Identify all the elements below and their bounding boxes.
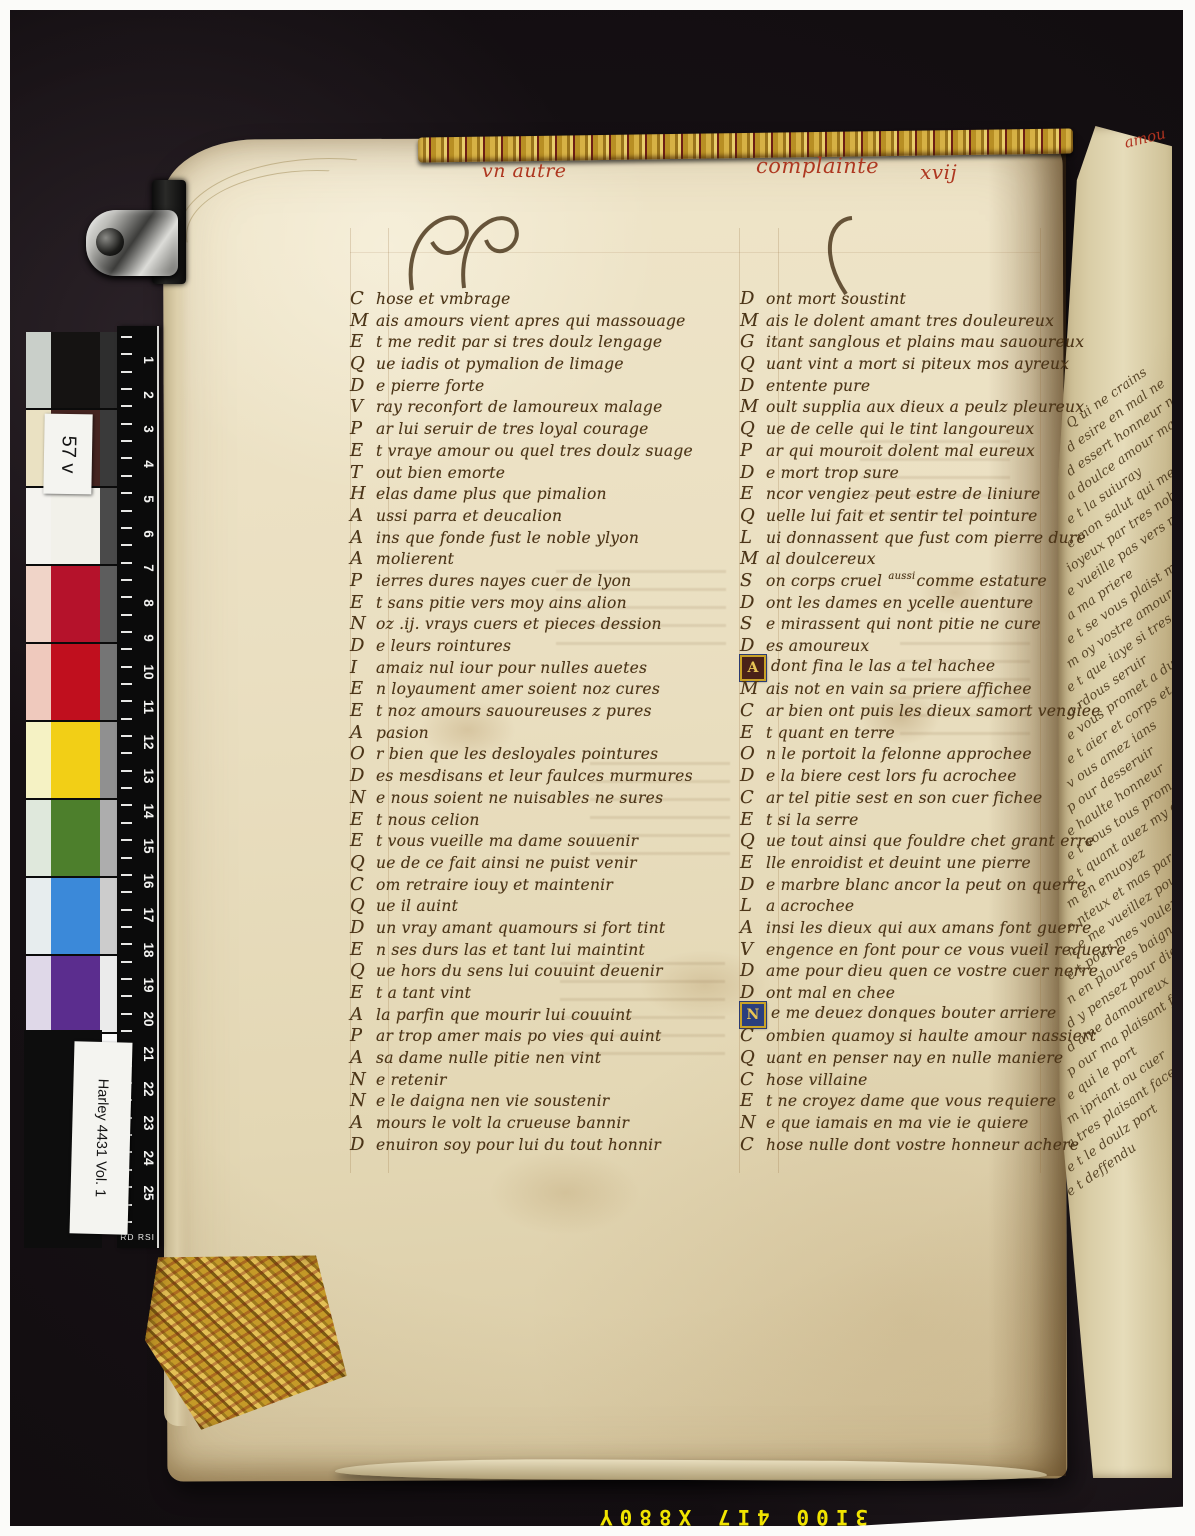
ruler-number: 10: [140, 664, 156, 680]
verse-initial: D: [740, 288, 766, 309]
verse-text: n loyaument amer soient noz cures: [376, 680, 660, 698]
verse-line: Chose et vmbrage: [350, 288, 748, 310]
text-column-right: Dont mort soustintMais le dolent amant t…: [740, 288, 1138, 1156]
ruler-tick: [121, 527, 132, 529]
verse-line: Que de ce fait ainsi ne puist venir: [350, 852, 748, 874]
verse-initial: A: [740, 917, 766, 938]
verse-text: out bien emorte: [376, 464, 505, 482]
verse-line: Mais not en vain sa priere affichee: [740, 678, 1138, 700]
ruler-number: 9: [140, 630, 156, 646]
verse-line: Des mesdisans et leur faulces murmures: [350, 765, 748, 787]
color-patch: [51, 722, 100, 800]
verse-initial: A: [350, 548, 376, 569]
verse-text: e nous soient ne nuisables ne sures: [376, 789, 663, 807]
photo-stage: Q ui ne crainsd esire en mal ned essert …: [0, 0, 1195, 1536]
verse-line: Dont mort soustint: [740, 288, 1138, 310]
verse-line: Tout bien emorte: [350, 462, 748, 484]
verse-initial: V: [350, 396, 376, 417]
color-patch: [26, 956, 51, 1034]
color-patch: [51, 956, 100, 1034]
ruler-tick: [121, 943, 132, 945]
verse-text: e mirassent qui nont pitie ne cure: [766, 615, 1041, 633]
running-title-center: complainte: [756, 154, 879, 178]
verse-line: On le portoit la felonne approchee: [740, 743, 1138, 765]
ruler-tick: [121, 666, 132, 668]
verse-initial: D: [740, 375, 766, 396]
ruler-number: 14: [140, 803, 156, 819]
verse-text: ncor vengiez peut estre de liniure: [766, 485, 1040, 503]
photo-border: [0, 0, 10, 1536]
verse-line: Par lui seruir de tres loyal courage: [350, 418, 748, 440]
verse-initial: Q: [740, 418, 766, 439]
ruler-tick: [121, 995, 132, 997]
ruler-tick: [121, 579, 132, 581]
ruler-tick: [121, 978, 132, 980]
verse-initial: E: [350, 331, 376, 352]
verse-text: sa dame nulle pitie nen vint: [376, 1049, 601, 1067]
verse-initial: P: [350, 570, 376, 591]
verse-text: entente pure: [766, 377, 870, 395]
ruler-tick: [121, 336, 132, 338]
verse-line: Et me redit par si tres doulz lengage: [350, 331, 748, 353]
color-patch: [26, 644, 51, 722]
verse-initial: G: [740, 331, 766, 352]
verse-initial: A: [350, 1004, 376, 1025]
verse-text: ierres dures nayes cuer de lyon: [376, 572, 631, 590]
verse-text: uant en penser nay en nulle maniere: [766, 1049, 1063, 1067]
color-patch: [51, 566, 100, 644]
color-patch: [26, 800, 51, 878]
ruler-tick: [121, 857, 132, 859]
verse-text: ar qui mouroit dolent mal eureux: [766, 442, 1035, 460]
verse-text: om retraire iouy et maintenir: [376, 876, 613, 894]
verse-initial: D: [350, 635, 376, 656]
verse-line: Dun vray amant quamours si fort tint: [350, 917, 748, 939]
verse-initial: Q: [740, 1047, 766, 1068]
verse-initial: E: [350, 809, 376, 830]
photo-border: [1183, 0, 1195, 1536]
verse-line: Amolierent: [350, 548, 748, 570]
verse-line: Chose villaine: [740, 1069, 1138, 1091]
verse-line: Noz .ij. vrays cuers et pieces dession: [350, 613, 748, 635]
ruler-number: 16: [140, 873, 156, 889]
verse-initial: E: [350, 982, 376, 1003]
verse-line: Or bien que les desloyales pointures: [350, 743, 748, 765]
ruler-tick: [121, 874, 132, 876]
verse-text: t a tant vint: [376, 984, 471, 1002]
verse-line: Iamaiz nul iour pour nulles auetes: [350, 657, 748, 679]
color-patch: [51, 878, 100, 956]
ruler-number: 8: [140, 595, 156, 611]
verse-text: e que iamais en ma vie ie quiere: [766, 1114, 1029, 1132]
verse-initial: E: [350, 678, 376, 699]
verse-initial: D: [740, 874, 766, 895]
verse-initial: E: [740, 1090, 766, 1111]
verse-initial: E: [350, 440, 376, 461]
verse-text: ue de ce fait ainsi ne puist venir: [376, 854, 637, 872]
verse-line: Que tout ainsi que fouldre chet grant er…: [740, 830, 1138, 852]
verse-initial: N: [350, 1069, 376, 1090]
verse-line: Et vous vueille ma dame souuenir: [350, 830, 748, 852]
verse-line: Dentente pure: [740, 375, 1138, 397]
verse-line: Et si la serre: [740, 809, 1138, 831]
ruler-number: 2: [140, 387, 156, 403]
verse-line: Quant en penser nay en nulle maniere: [740, 1047, 1138, 1069]
verse-text: uant vint a mort si piteux mos ayreux: [766, 355, 1069, 373]
verse-text: hose nulle dont vostre honneur achere: [766, 1136, 1079, 1154]
verse-initial: Q: [740, 830, 766, 851]
verse-initial: P: [740, 440, 766, 461]
ruler-tick: [121, 891, 132, 893]
verse-text: ue de celle qui le tint langoureux: [766, 420, 1034, 438]
verse-initial: A: [350, 1047, 376, 1068]
verse-line: Par trop amer mais po vies qui auint: [350, 1025, 748, 1047]
verse-text: molierent: [376, 550, 454, 568]
verse-initial: Q: [350, 895, 376, 916]
verse-initial: D: [740, 960, 766, 981]
cadel-flourish-left: [398, 202, 558, 294]
ruler-tick: [121, 822, 132, 824]
verse-line: Amours le volt la crueuse bannir: [350, 1112, 748, 1134]
verse-text: ar trop amer mais po vies qui auint: [376, 1027, 662, 1045]
verse-initial: A: [350, 505, 376, 526]
verse-line: De leurs rointures: [350, 635, 748, 657]
verse-initial: E: [740, 722, 766, 743]
verse-text: ont mort soustint: [766, 290, 906, 308]
color-patch: [26, 566, 51, 644]
ruler-number: 15: [140, 838, 156, 854]
verse-text: un vray amant quamours si fort tint: [376, 919, 665, 937]
ruler-tick: [121, 631, 132, 633]
verse-initial: D: [740, 982, 766, 1003]
verse-initial: D: [350, 375, 376, 396]
verse-line: Et noz amours sauoureuses z pures: [350, 700, 748, 722]
verse-text: ins que fonde fust le noble ylyon: [376, 529, 639, 547]
ruler-number: 12: [140, 734, 156, 750]
verse-text: ar lui seruir de tres loyal courage: [376, 420, 649, 438]
verse-line: Apasion: [350, 722, 748, 744]
verse-initial: L: [740, 895, 766, 916]
ruler-tick: [121, 596, 132, 598]
color-patch: [26, 722, 51, 800]
verse-line: Et quant en terre: [740, 722, 1138, 744]
verse-initial: E: [350, 830, 376, 851]
verse-initial: S: [740, 570, 766, 591]
verse-text: ont les dames en ycelle auenture: [766, 594, 1033, 612]
verse-line: Et vraye amour ou quel tres doulz suage: [350, 440, 748, 462]
verse-initial: Q: [740, 505, 766, 526]
ruler-number: 1: [140, 352, 156, 368]
color-patch: [51, 488, 100, 566]
verse-text: ue hors du sens lui couuint deuenir: [376, 962, 663, 980]
verse-initial: A: [350, 1112, 376, 1133]
ruler-number: 3: [140, 421, 156, 437]
folio-sticker-label: 57 v: [56, 435, 80, 473]
verse-initial: E: [740, 852, 766, 873]
verse-line: Dame pour dieu quen ce vostre cuer nerre: [740, 960, 1138, 982]
verse-text: on corps cruel aussicomme estature: [766, 572, 1047, 590]
verse-line: Moult supplia aux dieux a peulz pleureux: [740, 396, 1138, 418]
verse-initial: C: [350, 874, 376, 895]
ruler-tick: [121, 423, 132, 425]
verse-text: ussi parra et deucalion: [376, 507, 562, 525]
ruler-number: 19: [140, 977, 156, 993]
verse-line: Mal doulcereux: [740, 548, 1138, 570]
verse-initial: I: [350, 657, 376, 678]
verse-text: t noz amours sauoureuses z pures: [376, 702, 652, 720]
ruler-tick: [121, 683, 132, 685]
verse-line: Encor vengiez peut estre de liniure: [740, 483, 1138, 505]
verse-text: ame pour dieu quen ce vostre cuer nerre: [766, 962, 1098, 980]
verse-text: al doulcereux: [766, 550, 876, 568]
verse-text: dont fina le las a tel hachee: [771, 657, 995, 675]
verse-initial: E: [740, 483, 766, 504]
verse-initial: D: [740, 462, 766, 483]
ruler-tick: [121, 752, 132, 754]
verse-line: Dont les dames en ycelle auenture: [740, 592, 1138, 614]
verse-line: Que iadis ot pymalion de limage: [350, 353, 748, 375]
verse-initial: M: [740, 678, 766, 699]
verse-text: e retenir: [376, 1071, 447, 1089]
verse-line: La acrochee: [740, 895, 1138, 917]
verse-initial: N: [350, 787, 376, 808]
verse-initial: N: [740, 1112, 766, 1133]
verse-text: elas dame plus que pimalion: [376, 485, 607, 503]
ruler-tick: [121, 700, 132, 702]
ruler-tick: [121, 1030, 132, 1032]
verse-text: e leurs rointures: [376, 637, 511, 655]
verse-line: Ainsi les dieux qui aux amans font guerr…: [740, 917, 1138, 939]
verse-line: Ne que iamais en ma vie ie quiere: [740, 1112, 1138, 1134]
verse-text: t me redit par si tres doulz lengage: [376, 333, 662, 351]
verse-line: Que hors du sens lui couuint deuenir: [350, 960, 748, 982]
verse-text: r bien que les desloyales pointures: [376, 745, 658, 763]
verse-text: insi les dieux qui aux amans font guerre: [766, 919, 1092, 937]
verse-initial: D: [740, 635, 766, 656]
volume-sticker: Harley 4431 Vol. 1: [69, 1041, 132, 1234]
verse-line: Dont mal en chee: [740, 982, 1138, 1004]
ruler-tick: [121, 440, 132, 442]
verse-text: pasion: [376, 724, 429, 742]
verse-initial: Q: [350, 353, 376, 374]
verse-initial: D: [350, 917, 376, 938]
photo-border: [0, 1526, 1195, 1536]
verse-line: Quant vint a mort si piteux mos ayreux: [740, 353, 1138, 375]
verse-line: Et sans pitie vers moy ains alion: [350, 592, 748, 614]
verse-text: ray reconfort de lamoureux malage: [376, 398, 663, 416]
verse-line: Denuiron soy pour lui du tout honnir: [350, 1134, 748, 1156]
ruler-tick: [121, 353, 132, 355]
verse-line: Pierres dures nayes cuer de lyon: [350, 570, 748, 592]
ruler-number: 20: [140, 1011, 156, 1027]
ruler-tick: [121, 718, 132, 720]
verse-initial: C: [740, 787, 766, 808]
verse-line: Son corps cruel aussicomme estature: [740, 570, 1138, 592]
ruler-number: 4: [140, 456, 156, 472]
verse-line: Ne retenir: [350, 1069, 748, 1091]
verse-text: t si la serre: [766, 811, 859, 829]
verse-initial: P: [350, 418, 376, 439]
page-stack-edge: [164, 196, 188, 1426]
verse-initial: A: [350, 722, 376, 743]
verse-line: Que de celle qui le tint langoureux: [740, 418, 1138, 440]
ruler-tick: [121, 405, 132, 407]
verse-text: hose et vmbrage: [376, 290, 511, 308]
verse-text: t nous celion: [376, 811, 480, 829]
verse-initial: A: [350, 527, 376, 548]
verse-text: uelle lui fait et sentir tel pointure: [766, 507, 1038, 525]
ruler-number: 13: [140, 768, 156, 784]
verse-text: ui donnassent que fust com pierre dure: [766, 529, 1086, 547]
verse-text: engence en font pour ce vous vueil reque…: [766, 941, 1126, 959]
verse-initial: E: [350, 700, 376, 721]
verse-line: Car tel pitie sest en son cuer fichee: [740, 787, 1138, 809]
verse-line: Et ne croyez dame que vous requiere: [740, 1090, 1138, 1112]
verse-initial: C: [350, 288, 376, 309]
verse-text: ont mal en chee: [766, 984, 895, 1002]
verse-text: t quant en terre: [766, 724, 895, 742]
running-title-left: vn autre: [482, 160, 567, 182]
verse-text: ais le dolent amant tres douleureux: [766, 312, 1054, 330]
verse-line: Que il auint: [350, 895, 748, 917]
verse-text: lle enroidist et deuint une pierre: [766, 854, 1031, 872]
verse-line: Lui donnassent que fust com pierre dure: [740, 527, 1138, 549]
ruler-number: 23: [140, 1115, 156, 1131]
page-clip: [86, 210, 178, 276]
color-patch: [51, 332, 100, 410]
verse-initial: C: [740, 1134, 766, 1155]
ruler-tick: [121, 648, 132, 650]
verse-text: ar tel pitie sest en son cuer fichee: [766, 789, 1042, 807]
verse-line: De la biere cest lors fu acrochee: [740, 765, 1138, 787]
verse-line: Car bien ont puis les dieux samort vengi…: [740, 700, 1138, 722]
verse-line: De pierre forte: [350, 375, 748, 397]
verse-initial: C: [740, 700, 766, 721]
ruler-tick: [121, 475, 132, 477]
ruler-tick: [121, 510, 132, 512]
verse-text: hose villaine: [766, 1071, 868, 1089]
verse-line: Chose nulle dont vostre honneur achere: [740, 1134, 1138, 1156]
verse-text: oult supplia aux dieux a peulz pleureux: [766, 398, 1084, 416]
verse-text: e le daigna nen vie soustenir: [376, 1092, 609, 1110]
color-patch: [51, 644, 100, 722]
verse-initial: Q: [740, 353, 766, 374]
verse-initial: H: [350, 483, 376, 504]
ruler-tick: [121, 371, 132, 373]
ruler-tick: [121, 926, 132, 928]
verse-line: Adont fina le las a tel hachee: [740, 657, 1138, 679]
verse-text: es amoureux: [766, 637, 869, 655]
verse-line: Des amoureux: [740, 635, 1138, 657]
color-patch: [26, 878, 51, 956]
verse-text: ombien quamoy si haulte amour nassiert: [766, 1027, 1096, 1045]
verse-line: Helas dame plus que pimalion: [350, 483, 748, 505]
verse-text: e me deuez donques bouter arriere: [771, 1004, 1056, 1022]
volume-sticker-label: Harley 4431 Vol. 1: [91, 1079, 110, 1198]
ruler-tick: [121, 770, 132, 772]
verse-initial: Q: [350, 960, 376, 981]
ruler-tick: [121, 804, 132, 806]
verse-text: e la biere cest lors fu acrochee: [766, 767, 1017, 785]
ruler-number: 22: [140, 1081, 156, 1097]
verse-initial: E: [350, 939, 376, 960]
verse-initial: M: [740, 396, 766, 417]
verse-line: Se mirassent qui nont pitie ne cure: [740, 613, 1138, 635]
verse-line: De marbre blanc ancor la peut on querre: [740, 874, 1138, 896]
verse-initial: D: [740, 765, 766, 786]
ruler-tick: [121, 457, 132, 459]
verse-text: es mesdisans et leur faulces murmures: [376, 767, 693, 785]
verse-initial: M: [740, 548, 766, 569]
photo-border: [0, 0, 1195, 10]
verse-text: e mort trop sure: [766, 464, 899, 482]
verse-initial: E: [350, 592, 376, 613]
verse-initial: O: [350, 743, 376, 764]
verse-line: Vengence en font pour ce vous vueil requ…: [740, 939, 1138, 961]
ruler-tick: [121, 492, 132, 494]
verse-text: t vous vueille ma dame souuenir: [376, 832, 638, 850]
verse-line: En ses durs las et tant lui maintint: [350, 939, 748, 961]
verse-text: a acrochee: [766, 897, 854, 915]
verse-line: Com retraire iouy et maintenir: [350, 874, 748, 896]
ruler-tick: [121, 909, 132, 911]
illuminated-initial: A: [740, 655, 766, 681]
verse-line: Par qui mouroit dolent mal eureux: [740, 440, 1138, 462]
verse-text: e marbre blanc ancor la peut on querre: [766, 876, 1086, 894]
verse-initial: L: [740, 527, 766, 548]
verse-initial: N: [350, 1090, 376, 1111]
verse-line: Quelle lui fait et sentir tel pointure: [740, 505, 1138, 527]
verse-line: Et a tant vint: [350, 982, 748, 1004]
verse-initial: M: [740, 310, 766, 331]
verse-text: enuiron soy pour lui du tout honnir: [376, 1136, 661, 1154]
verse-initial: D: [740, 592, 766, 613]
verse-text: t sans pitie vers moy ains alion: [376, 594, 627, 612]
cadel-flourish-right: [812, 212, 868, 296]
verse-initial: T: [350, 462, 376, 483]
verse-initial: Q: [350, 852, 376, 873]
ruler-number: 17: [140, 907, 156, 923]
verse-line: Mais amours vient apres qui massouage: [350, 310, 748, 332]
color-patch: [51, 800, 100, 878]
ruler-tick: [121, 614, 132, 616]
verse-initial: O: [740, 743, 766, 764]
verse-text: oz .ij. vrays cuers et pieces dession: [376, 615, 662, 633]
verse-text: la parfin que mourir lui couuint: [376, 1006, 632, 1024]
illuminated-initial: N: [740, 1002, 766, 1028]
verse-text: ais amours vient apres qui massouage: [376, 312, 686, 330]
verse-text: ue il auint: [376, 897, 458, 915]
verse-initial: V: [740, 939, 766, 960]
verse-initial: E: [740, 809, 766, 830]
ruler-number: 5: [140, 491, 156, 507]
verse-line: Ne nous soient ne nuisables ne sures: [350, 787, 748, 809]
ruler-tick: [121, 388, 132, 390]
color-patch: [26, 488, 51, 566]
verse-line: Aussi parra et deucalion: [350, 505, 748, 527]
verse-line: Ains que fonde fust le noble ylyon: [350, 527, 748, 549]
verse-line: Ne me deuez donques bouter arriere: [740, 1004, 1138, 1026]
verse-text: ue iadis ot pymalion de limage: [376, 355, 624, 373]
verse-initial: C: [740, 1069, 766, 1090]
ruler-tick: [121, 562, 132, 564]
verse-initial: P: [350, 1025, 376, 1046]
verse-text: e pierre forte: [376, 377, 484, 395]
photo-background: Q ui ne crainsd esire en mal ned essert …: [0, 0, 1195, 1536]
verse-initial: N: [350, 613, 376, 634]
ruler-number: 11: [140, 699, 156, 715]
ruler-number: 6: [140, 526, 156, 542]
